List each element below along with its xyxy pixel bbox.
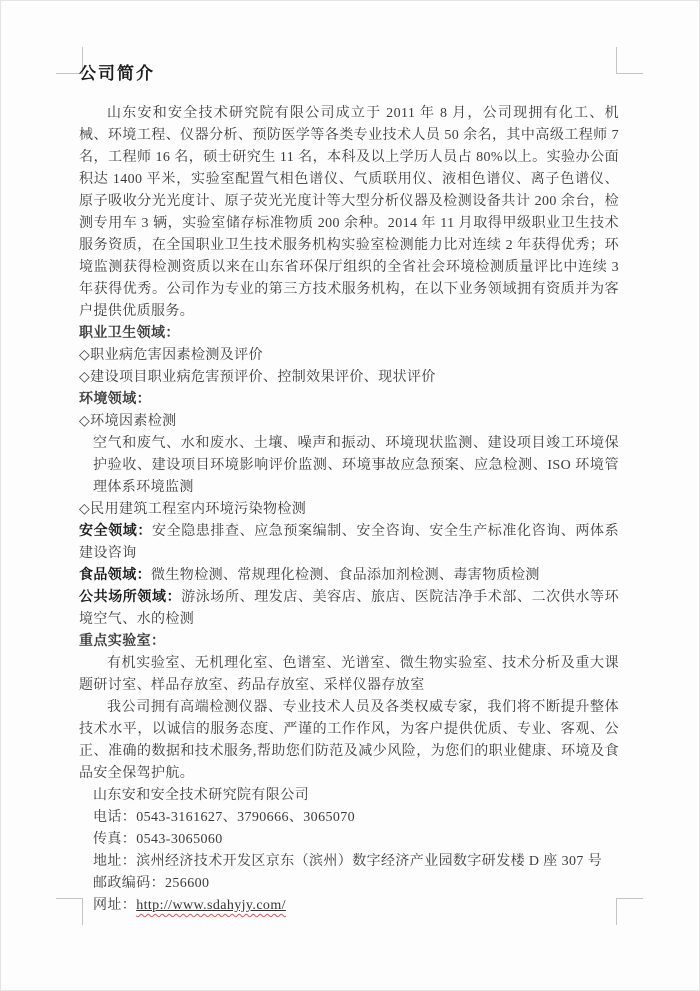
- section-text-food: 微生物检测、常规理化检测、食品添加剂检测、毒害物质检测: [151, 568, 540, 583]
- closing-paragraph: 我公司拥有高端检测仪器、专业技术人员及各类权威专家，我们将不断提升整体技术水平，…: [79, 697, 619, 785]
- section-label-safety: 安全领域：: [79, 524, 152, 539]
- section-food: 食品领域：微生物检测、常规理化检测、食品添加剂检测、毒害物质检测: [79, 565, 619, 587]
- page-title: 公司简介: [79, 61, 619, 87]
- website-link[interactable]: http://www.sdahyjy.com/: [136, 898, 286, 913]
- contact-address-label: 地址：: [93, 854, 136, 869]
- contact-fax-value: 0543-3065060: [136, 832, 222, 847]
- crop-mark-top-right-icon: [616, 47, 643, 74]
- document-content: 公司简介 山东安和安全技术研究院有限公司成立于 2011 年 8 月，公司现拥有…: [79, 61, 619, 917]
- website-url-text[interactable]: http://www.sdahyjy.com/: [136, 898, 286, 913]
- section-label-food: 食品领域：: [79, 568, 151, 583]
- bullet-item-occupational-2: ◇建设项目职业病危害预评价、控制效果评价、现状评价: [79, 367, 619, 389]
- section-public-places: 公共场所领域：游泳场所、理发店、美容店、旅店、医院洁净手术部、二次供水等环境空气…: [79, 587, 619, 631]
- contact-phone-label: 电话：: [93, 810, 136, 825]
- document-page: 公司简介 山东安和安全技术研究院有限公司成立于 2011 年 8 月，公司现拥有…: [0, 0, 700, 991]
- bullet-item-environment-factor: ◇环境因素检测: [79, 411, 619, 433]
- contact-postcode-value: 256600: [165, 876, 209, 891]
- contact-company-name: 山东安和安全技术研究院有限公司: [79, 785, 619, 807]
- intro-paragraph: 山东安和安全技术研究院有限公司成立于 2011 年 8 月，公司现拥有化工、机械…: [79, 103, 619, 323]
- section-heading-occupational-health: 职业卫生领域：: [79, 323, 619, 345]
- contact-website-label: 网址：: [93, 898, 136, 913]
- contact-address-value: 滨州经济技术开发区京东（滨州）数字经济产业园数字研发楼 D 座 307 号: [136, 854, 602, 869]
- contact-phone-row: 电话：0543-3161627、3790666、3065070: [79, 807, 619, 829]
- section-heading-key-laboratories: 重点实验室：: [79, 631, 619, 653]
- environment-detail-paragraph: 空气和废气、水和废水、土壤、噪声和振动、环境现状监测、建设项目竣工环境保护验收、…: [79, 433, 619, 499]
- bullet-item-occupational-1: ◇职业病危害因素检测及评价: [79, 345, 619, 367]
- crop-mark-bottom-right-icon: [616, 898, 643, 925]
- contact-address-row: 地址：滨州经济技术开发区京东（滨州）数字经济产业园数字研发楼 D 座 307 号: [79, 851, 619, 873]
- section-safety: 安全领域：安全隐患排查、应急预案编制、安全咨询、安全生产标准化咨询、两体系建设咨…: [79, 521, 619, 565]
- contact-postcode-label: 邮政编码：: [93, 876, 165, 891]
- section-label-public-places: 公共场所领域：: [79, 590, 181, 605]
- section-text-safety: 安全隐患排查、应急预案编制、安全咨询、安全生产标准化咨询、两体系建设咨询: [79, 524, 619, 561]
- key-laboratories-rooms-paragraph: 有机实验室、无机理化室、色谱室、光谱室、微生物实验室、技术分析及重大课题研讨室、…: [79, 653, 619, 697]
- contact-fax-label: 传真：: [93, 832, 136, 847]
- contact-postcode-row: 邮政编码：256600: [79, 873, 619, 895]
- bullet-item-indoor-pollution: ◇民用建筑工程室内环境污染物检测: [79, 499, 619, 521]
- contact-website-row: 网址：http://www.sdahyjy.com/: [79, 895, 619, 917]
- contact-fax-row: 传真：0543-3065060: [79, 829, 619, 851]
- contact-block: 山东安和安全技术研究院有限公司 电话：0543-3161627、3790666、…: [79, 785, 619, 917]
- section-heading-environment: 环境领域：: [79, 389, 619, 411]
- contact-phone-value: 0543-3161627、3790666、3065070: [136, 810, 355, 825]
